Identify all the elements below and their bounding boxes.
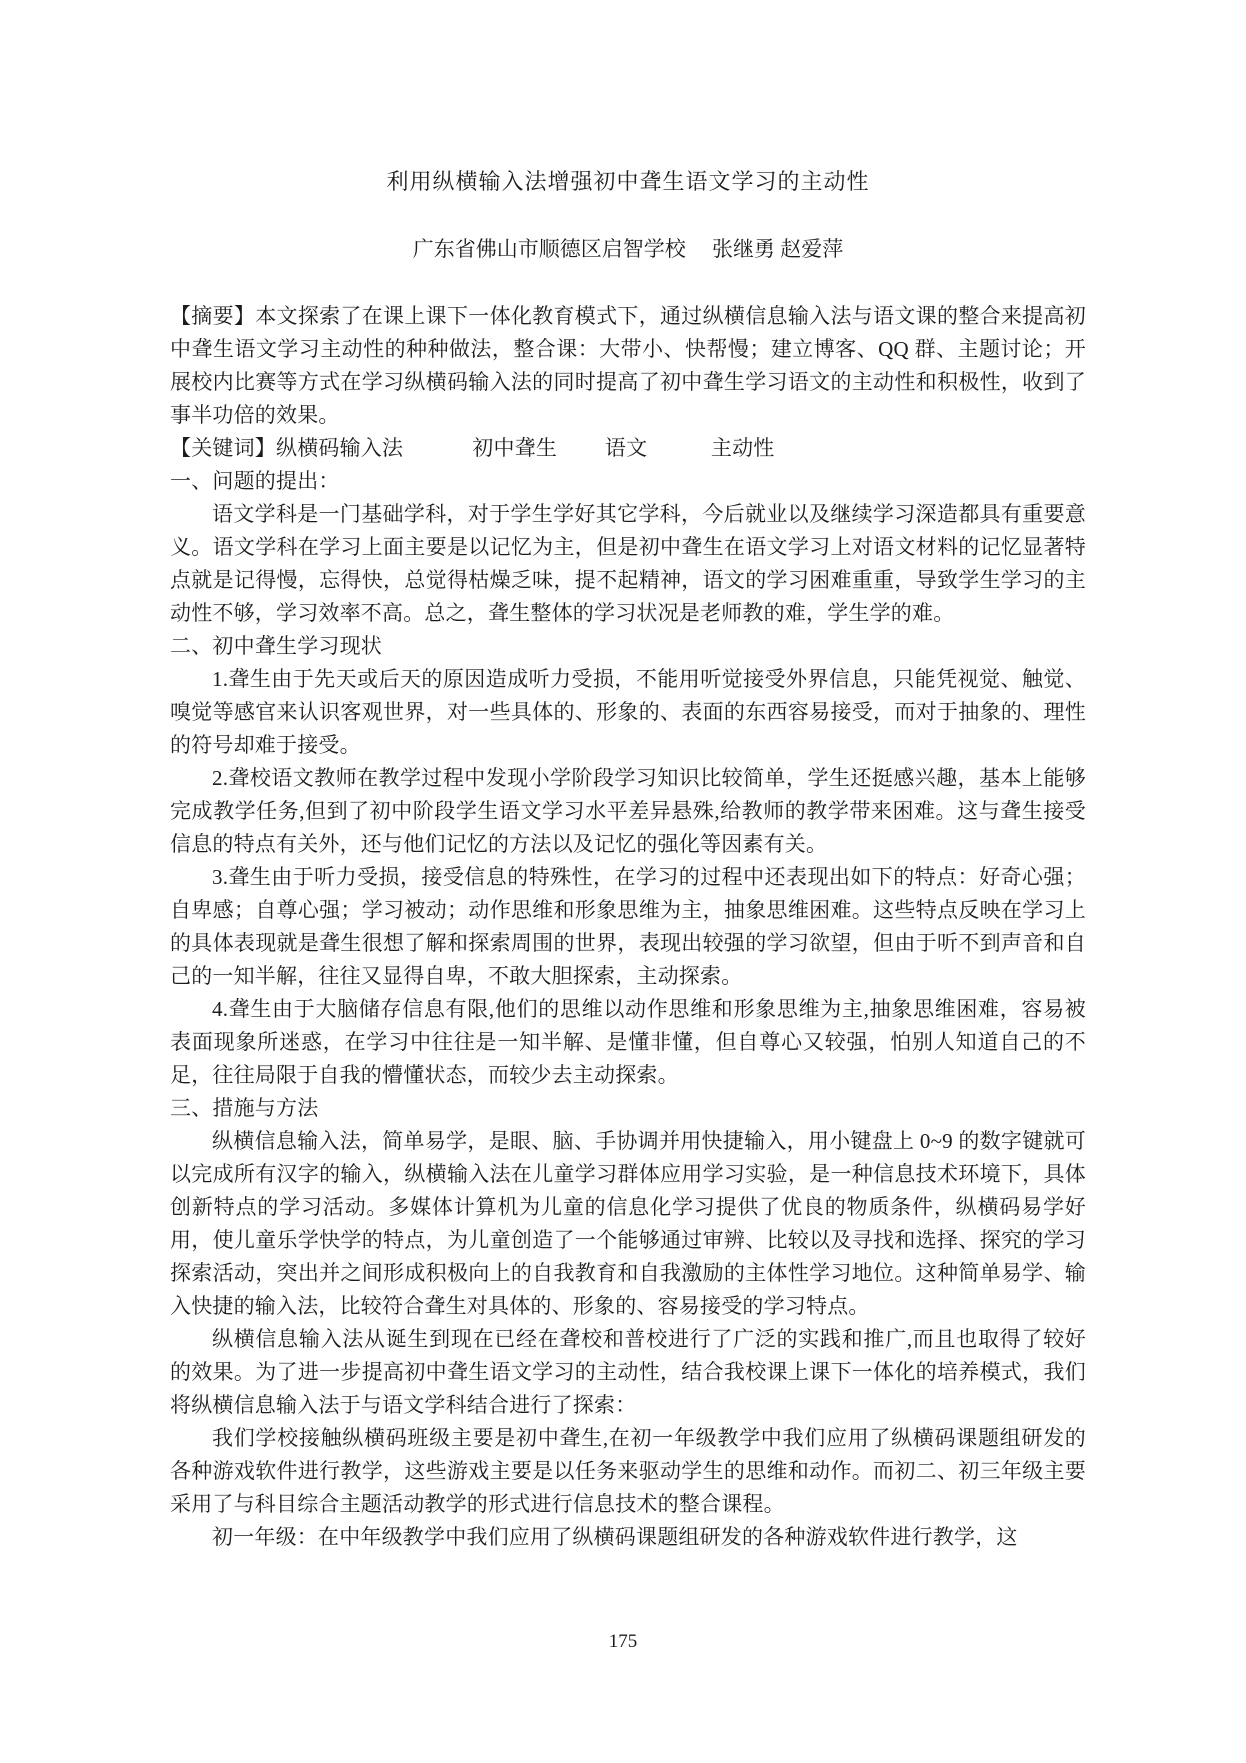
paragraph-body: 4.聋生由于大脑储存信息有限,他们的思维以动作思维和形象思维为主,抽象思维困难，… bbox=[170, 993, 1086, 1092]
paragraph-abstract: 【摘要】本文探索了在课上课下一体化教育模式下，通过纵横信息输入法与语文课的整合来… bbox=[170, 300, 1086, 432]
paragraph-body: 2.聋校语文教师在教学过程中发现小学阶段学习知识比较简单，学生还挺感兴趣，基本上… bbox=[170, 762, 1086, 861]
page-number: 175 bbox=[0, 1630, 1246, 1654]
document-page: 利用纵横输入法增强初中聋生语文学习的主动性 广东省佛山市顺德区启智学校 张继勇 … bbox=[0, 0, 1246, 1763]
paragraph-body: 我们学校接触纵横码班级主要是初中聋生,在初一年级教学中我们应用了纵横码课题组研发… bbox=[170, 1422, 1086, 1521]
paragraph-body: 初一年级：在中年级教学中我们应用了纵横码课题组研发的各种游戏软件进行教学，这 bbox=[170, 1521, 1086, 1554]
paragraph-body: 纵横信息输入法从诞生到现在已经在聋校和普校进行了广泛的实践和推广,而且也取得了较… bbox=[170, 1323, 1086, 1422]
page-title: 利用纵横输入法增强初中聋生语文学习的主动性 bbox=[170, 168, 1086, 196]
document-content: 利用纵横输入法增强初中聋生语文学习的主动性 广东省佛山市顺德区启智学校 张继勇 … bbox=[170, 168, 1086, 1554]
author-line: 广东省佛山市顺德区启智学校 张继勇 赵爱萍 bbox=[170, 236, 1086, 262]
document-body: 【摘要】本文探索了在课上课下一体化教育模式下，通过纵横信息输入法与语文课的整合来… bbox=[170, 300, 1086, 1554]
paragraph-body: 3.聋生由于听力受损，接受信息的特殊性，在学习的过程中还表现出如下的特点：好奇心… bbox=[170, 861, 1086, 993]
paragraph-body: 语文学科是一门基础学科，对于学生学好其它学科，今后就业以及继续学习深造都具有重要… bbox=[170, 498, 1086, 630]
paragraph-body: 纵横信息输入法，简单易学，是眼、脑、手协调并用快捷输入，用小键盘上 0~9 的数… bbox=[170, 1125, 1086, 1323]
paragraph-keywords: 【关键词】纵横码输入法 初中聋生 语文 主动性 bbox=[170, 432, 1086, 465]
paragraph-heading: 二、初中聋生学习现状 bbox=[170, 630, 1086, 663]
paragraph-body: 1.聋生由于先天或后天的原因造成听力受损，不能用听觉接受外界信息，只能凭视觉、触… bbox=[170, 663, 1086, 762]
paragraph-heading: 三、措施与方法 bbox=[170, 1092, 1086, 1125]
paragraph-heading: 一、问题的提出： bbox=[170, 465, 1086, 498]
